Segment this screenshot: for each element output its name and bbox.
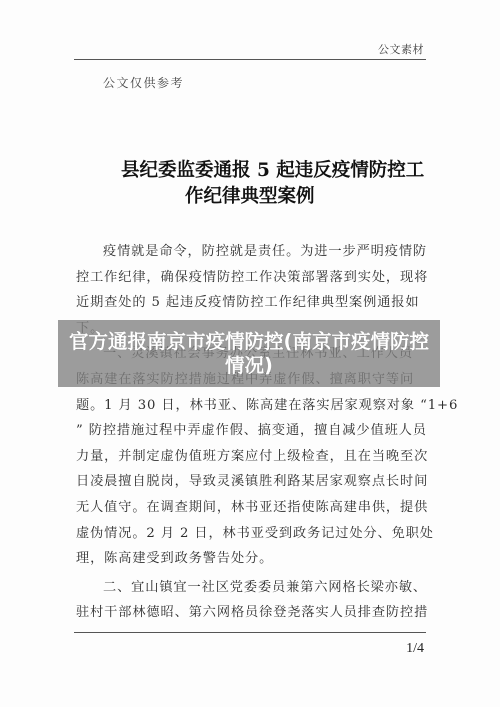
body-line: 虚伪情况。2 月 2 日，林书亚受到政务记过处分、免职处 xyxy=(76,521,426,547)
reference-notice: 公文仅供参考 xyxy=(103,74,184,91)
document-title-line-1: 县纪委监委通报 5 起违反疫情防控工 xyxy=(121,158,424,184)
footer-divider xyxy=(74,632,426,633)
body-line: 近期查处的 5 起违反疫情防控工作纪律典型案例通报如 xyxy=(76,290,426,316)
header-divider xyxy=(74,59,426,60)
body-line: 疫情就是命令，防控就是责任。为进一步严明疫情防 xyxy=(76,239,426,265)
body-line: 驻村干部林德昭、第六网格员徐登尧落实人员排查防控措 xyxy=(76,600,426,626)
body-line: 日凌晨擅自脱岗，导致灵溪镇胜利路某居家观察点长时间 xyxy=(76,469,426,495)
document-body: 疫情就是命令，防控就是责任。为进一步严明疫情防 控工作纪律，确保疫情防控工作决策… xyxy=(76,239,426,626)
headline-overlay-banner[interactable]: 官方通报南京市疫情防控(南京市疫情防控情况) xyxy=(58,320,440,387)
body-line: 题。1 月 30 日，林书亚、陈高建在落实居家观察对象 “1+6 xyxy=(76,393,426,419)
body-line: ” 防控措施过程中弄虚作假、搞变通，擅自减少值班人员 xyxy=(76,418,426,444)
header-label: 公文素材 xyxy=(378,41,424,57)
overlay-headline[interactable]: 官方通报南京市疫情防控(南京市疫情防控情况) xyxy=(68,330,430,378)
body-line: 控工作纪律，确保疫情防控工作决策部署落到实处，现将 xyxy=(76,265,426,291)
document-title-line-2: 作纪律典型案例 xyxy=(185,184,315,210)
body-line: 力量，并制定虚伪值班方案应付上级检查，且在当晚至次 xyxy=(76,444,426,470)
body-line: 二、宜山镇宜一社区党委委员兼第六网格长梁亦敏、 xyxy=(76,575,426,601)
page-number: 1/4 xyxy=(406,641,424,657)
document-page: 公文素材 公文仅供参考 县纪委监委通报 5 起违反疫情防控工 作纪律典型案例 疫… xyxy=(0,0,500,707)
body-line: 无人值守。在调查期间，林书亚还指使陈高建串供，提供 xyxy=(76,495,426,521)
body-line: 理，陈高建受到政务警告处分。 xyxy=(76,546,426,572)
